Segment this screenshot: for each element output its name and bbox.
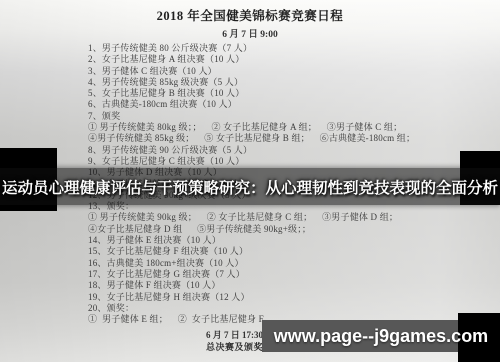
schedule-line: 6、古典健美-180cm 组决赛（10 人） <box>88 99 500 110</box>
schedule-line: 2、女子比基尼健身 A 组决赛（10 人） <box>88 54 500 65</box>
headline-text: 运动员心理健康评估与干预策略研究：从心理韧性到竞技表现的全面分析 <box>2 176 500 198</box>
schedule-line: 15、女子比基尼健身 F 组决赛（10 人） <box>88 246 500 257</box>
article-thumbnail: { "document": { "title": "2018 年全国健美锦标赛竞… <box>0 0 500 362</box>
schedule-line: 18、男子健体 F 组决赛（10 人） <box>88 280 500 291</box>
watermark-text: www.page--j9games.com <box>262 322 500 352</box>
schedule-line: ④男子传统健美 85kg 级； ⑤ 女子比基尼健身 B 组； ⑥古典健美-180… <box>88 133 500 144</box>
schedule-line: 3、男子健体 C 组决赛（10 人） <box>88 66 500 77</box>
schedule-line: 1、男子传统健美 80 公斤级决赛（7 人） <box>88 43 500 54</box>
schedule-line: 9、女子比基尼健身 C 组决赛（10 人） <box>88 156 500 167</box>
schedule-line: ① 男子传统健美 90kg 级； ② 女子比基尼健身 C 组； ③男子健体 D … <box>88 212 500 223</box>
schedule-line: 17、女子比基尼健身 G 组决赛（7 人） <box>88 269 500 280</box>
session-time: 6 月 7 日 9:00 <box>0 26 500 40</box>
schedule-line: 5、女子比基尼健身 B 组决赛（10 人） <box>88 88 500 99</box>
document-title: 2018 年全国健美锦标赛竞赛日程 <box>0 6 500 24</box>
schedule-line: 8、男子传统健美 90 公斤级决赛（5 人） <box>88 145 500 156</box>
schedule-line: 16、古典健美 180cm+组决赛（10 人） <box>88 258 500 269</box>
schedule-line: ④女子比基尼健身 D 组 ⑤男子传统健美 90kg+级；； <box>88 224 500 235</box>
schedule-line: 20、颁奖： <box>88 303 500 314</box>
schedule-line: 7、颁奖 <box>88 111 500 122</box>
schedule-line: 14、男子健体 E 组决赛（10 人） <box>88 235 500 246</box>
schedule-line: 19、女子比基尼健身 H 组决赛（12 人） <box>88 292 500 303</box>
schedule-line: ① 男子传统健美 80kg 级；； ② 女子比基尼健身 A 组； ③男子健体 C… <box>88 122 500 133</box>
schedule-line: 4、男子传统健美 85kg 级决赛（5 人） <box>88 77 500 88</box>
